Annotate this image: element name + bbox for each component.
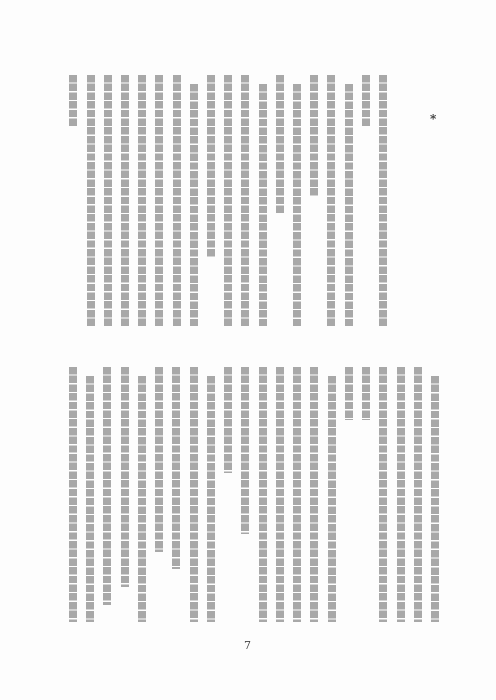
text-line [379, 367, 387, 622]
section-break-marker: * [430, 112, 436, 126]
text-line [241, 75, 249, 326]
text-line [345, 367, 353, 420]
text-line [379, 75, 387, 326]
text-line [190, 367, 198, 622]
text-line [121, 367, 129, 587]
text-line [103, 367, 111, 605]
text-line [414, 367, 422, 622]
text-line [86, 376, 94, 622]
text-line [138, 376, 146, 622]
text-line [172, 367, 180, 569]
text-line [362, 367, 370, 420]
content-note: Body text not transcribed (explicit cont… [0, 0, 1, 1]
text-line [276, 367, 284, 622]
text-line [397, 367, 405, 622]
text-line [190, 84, 198, 326]
text-line [224, 75, 232, 326]
text-line [87, 75, 95, 326]
text-line [328, 376, 336, 622]
text-line [69, 75, 77, 127]
page-number: 7 [244, 639, 251, 652]
book-page: Body text not transcribed (explicit cont… [0, 0, 496, 700]
text-line [155, 75, 163, 326]
text-line [121, 75, 129, 326]
text-line [345, 84, 353, 326]
text-line [431, 376, 439, 622]
text-line [310, 75, 318, 196]
text-line [362, 75, 370, 127]
text-line [259, 367, 267, 622]
text-line [241, 367, 249, 534]
text-line [155, 367, 163, 552]
text-line [173, 75, 181, 326]
text-line [293, 84, 301, 326]
text-line [293, 367, 301, 622]
text-line [104, 75, 112, 326]
text-line [207, 376, 215, 622]
text-line [310, 367, 318, 622]
text-line [259, 84, 267, 326]
text-line [224, 367, 232, 473]
text-line [138, 75, 146, 326]
text-line [207, 75, 215, 257]
text-line [276, 75, 284, 213]
text-line [327, 75, 335, 326]
text-line [69, 367, 77, 622]
